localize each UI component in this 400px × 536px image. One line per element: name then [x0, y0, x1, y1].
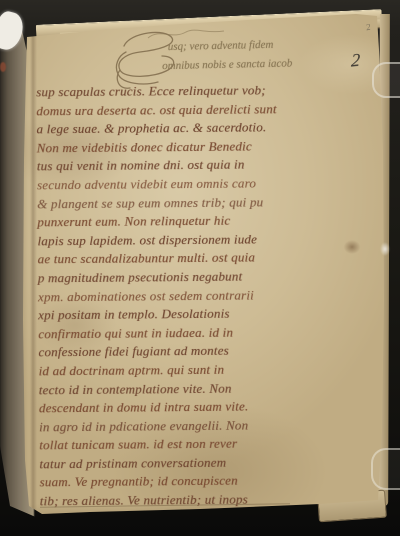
- folio-number: 2: [351, 49, 361, 71]
- manuscript-photo: { "manuscript": { "folio_number": "2", "…: [0, 0, 400, 536]
- manuscript-line-partial: q vite commutato: [40, 508, 352, 527]
- manuscript-line: xpm. abominationes ost sedem contrarii: [38, 285, 350, 306]
- corner-mark: 2: [365, 22, 371, 33]
- rubric-heading: usq; vero adventu fidem omnibus nobis e …: [168, 34, 359, 76]
- manuscript-line: & plangent se sup eum omnes trib; qui pu: [37, 192, 349, 213]
- text-block: sup scapulas crucis. Ecce relinquetur vo…: [36, 81, 352, 527]
- manuscript-line: in agro id in pdicatione evangelii. Non: [39, 415, 351, 436]
- facing-page-ink-speck: [0, 62, 6, 72]
- manuscript-line: tib; res alienas. Ve nutrientib; ut inop…: [40, 490, 352, 511]
- heading-line-2: omnibus nobis e sancta iacob: [162, 53, 358, 76]
- manuscript-page: usq; vero adventu fidem omnibus nobis e …: [0, 0, 400, 536]
- transparent-clip-icon: [371, 448, 400, 490]
- fiber-speck: [380, 242, 390, 256]
- transparent-clip-icon: [372, 62, 400, 98]
